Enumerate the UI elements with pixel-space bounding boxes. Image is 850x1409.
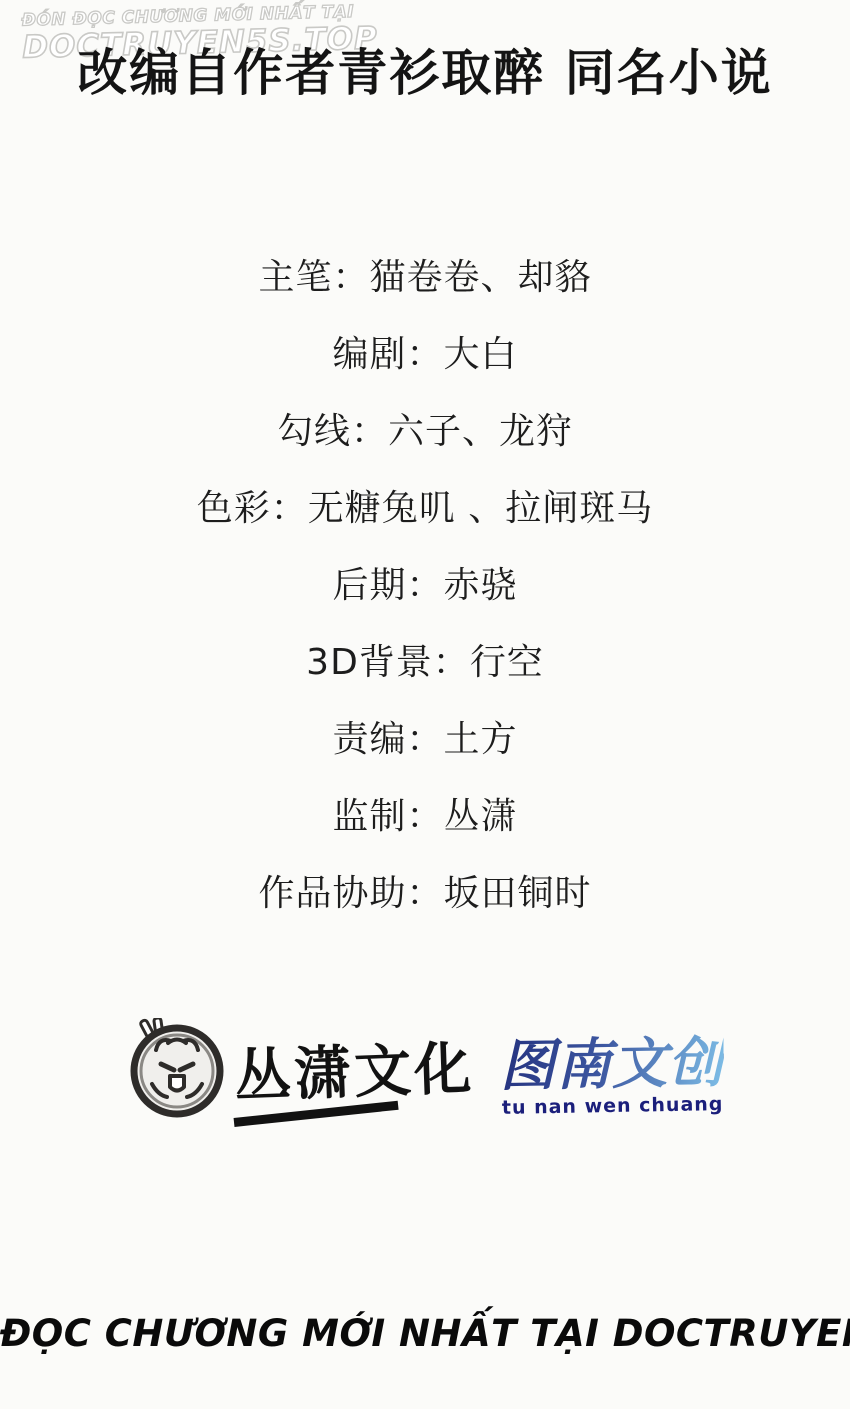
credit-row-color: 色彩：无糖兔叽 、拉闸斑马 (0, 467, 850, 544)
mascot-cat-badge-icon (126, 1018, 226, 1118)
credit-value: 行空 (470, 634, 544, 685)
credit-value: 丛潇 (444, 788, 518, 839)
credit-label: 监制： (332, 788, 443, 839)
studio-logos: 丛潇文化 图南文创 tu nan wen chuang (0, 1018, 850, 1118)
footer-site-text: ĐỌC CHƯƠNG MỚI NHẤT TẠI DOCTRUYEN5S.TOP (0, 1312, 850, 1355)
credit-row-lineart: 勾线：六子、龙狩 (0, 390, 850, 467)
credit-row-3d-background: 3D背景：行空 (0, 621, 850, 698)
credit-row-screenwriter: 编剧：大白 (0, 313, 850, 390)
credit-row-postproduction: 后期：赤骁 (0, 544, 850, 621)
credit-value: 无糖兔叽 、拉闸斑马 (308, 480, 653, 531)
congxiao-culture-logo: 丛潇文化 (126, 1018, 474, 1118)
credit-label: 主笔： (258, 249, 369, 300)
credit-row-editor: 责编：土方 (0, 698, 850, 775)
credit-label: 色彩： (197, 480, 308, 531)
credit-label: 作品协助： (258, 865, 443, 916)
credit-label: 后期： (332, 557, 443, 608)
tunan-logo-text: 图南文创 (499, 1018, 724, 1101)
credit-value: 坂田铜时 (444, 865, 592, 916)
credit-value: 猫卷卷、却貉 (370, 249, 592, 300)
credit-value: 土方 (444, 711, 518, 762)
credit-value: 赤骁 (444, 557, 518, 608)
credits-list: 主笔：猫卷卷、却貉 编剧：大白 勾线：六子、龙狩 色彩：无糖兔叽 、拉闸斑马 后… (0, 236, 850, 929)
credit-label: 3D背景： (306, 634, 470, 685)
credit-label: 责编： (332, 711, 443, 762)
credit-row-assistance: 作品协助：坂田铜时 (0, 852, 850, 929)
congxiao-logo-text: 丛潇文化 (233, 1023, 476, 1113)
credit-value: 大白 (444, 326, 518, 377)
credit-value: 六子、龙狩 (388, 403, 573, 454)
tunan-logo-subtitle: tu nan wen chuang (502, 1093, 724, 1119)
credit-label: 编剧： (332, 326, 443, 377)
credit-row-artist: 主笔：猫卷卷、却貉 (0, 236, 850, 313)
credit-label: 勾线： (277, 403, 388, 454)
credit-row-supervisor: 监制：丛潇 (0, 775, 850, 852)
page-title: 改编自作者青衫取醉 同名小说 (0, 33, 850, 105)
tunan-wenchuang-logo: 图南文创 tu nan wen chuang (499, 1018, 725, 1119)
congxiao-logo-text-wrap: 丛潇文化 (233, 1023, 476, 1113)
